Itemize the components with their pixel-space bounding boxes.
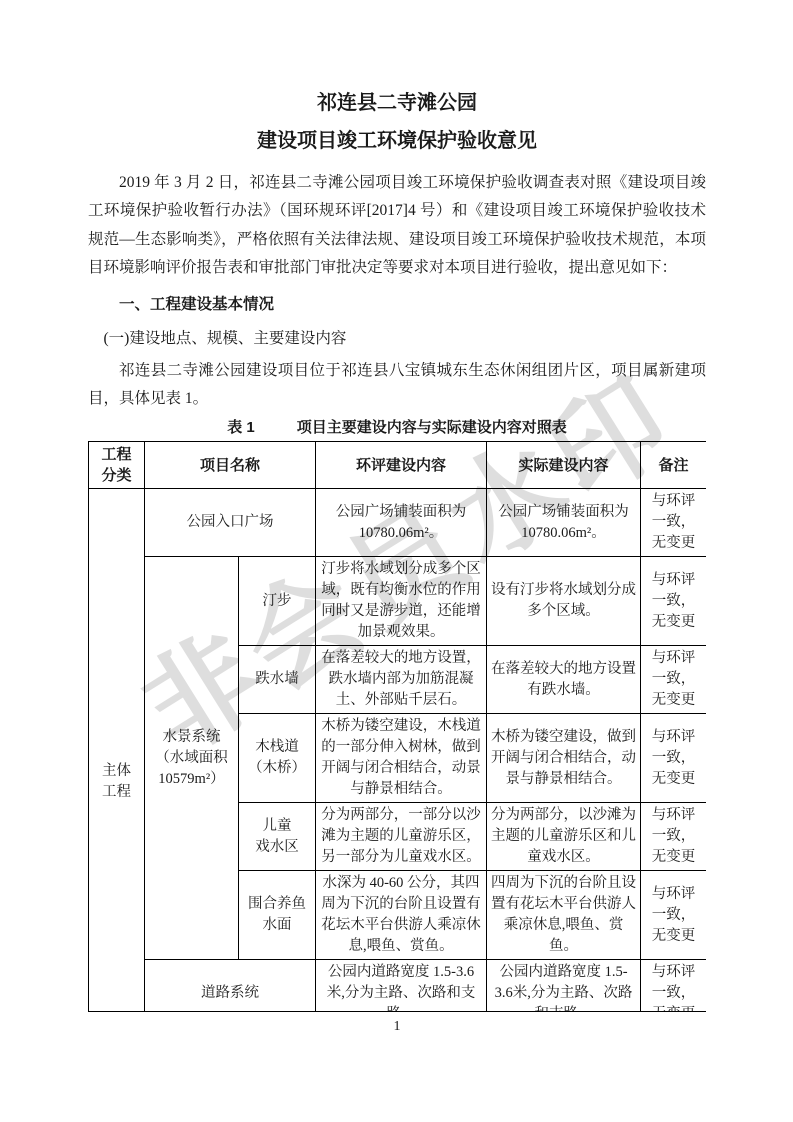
cell-actual-enclosed-fish-pond: 四周为下沉的台阶且设置有花坛木平台供游人乘凉休息,喂鱼、赏鱼。 [487, 871, 641, 960]
document-page: 非会员水印 祁连县二寺滩公园 建设项目竣工环境保护验收意见 2019 年 3 月… [0, 0, 793, 1122]
table-page-clip: 工程 分类 项目名称 环评建设内容 实际建设内容 备注 主体 工程 公园入口广场… [88, 441, 706, 1012]
header-remark: 备注 [641, 442, 706, 489]
cell-name-boardwalk: 木栈道 （木桥） [239, 714, 316, 803]
table-row: 主体 工程 公园入口广场 公园广场铺装面积为10780.06m²。 公园广场铺装… [89, 489, 707, 557]
cell-eia-road-system: 公园内道路宽度 1.5-3.6 米,分为主路、次路和支路。 [316, 960, 487, 1013]
table-caption-label: 表 1 [227, 417, 255, 438]
cell-actual-stepping-stones: 设有汀步将水域划分成多个区域。 [487, 557, 641, 646]
cell-note-stepping-stones: 与环评一致，无变更 [641, 557, 706, 646]
cell-name-stepping-stones: 汀步 [239, 557, 316, 646]
cell-eia-entrance-plaza: 公园广场铺装面积为10780.06m²。 [316, 489, 487, 557]
cell-actual-entrance-plaza: 公园广场铺装面积为10780.06m²。 [487, 489, 641, 557]
cell-group-water-scene-system: 水景系统 （水域面积 10579m²） [145, 557, 239, 960]
cell-actual-road-system: 公园内道路宽度 1.5-3.6米,分为主路、次路和支路。 [487, 960, 641, 1013]
cell-name-water-drop-wall: 跌水墙 [239, 646, 316, 714]
cell-eia-water-drop-wall: 在落差较大的地方设置，跌水墙内部为加筋混凝土、外部贴千层石。 [316, 646, 487, 714]
cell-actual-water-drop-wall: 在落差较大的地方设置有跌水墙。 [487, 646, 641, 714]
cell-eia-boardwalk: 木桥为镂空建设，木栈道的一部分伸入树林，做到开阔与闭合相结合，动景与静景相结合。 [316, 714, 487, 803]
doc-title-line1: 祁连县二寺滩公园 [88, 90, 706, 116]
cell-name-enclosed-fish-pond: 围合养鱼 水面 [239, 871, 316, 960]
cell-eia-children-water-play-area: 分为两部分，一部分以沙滩为主题的儿童游乐区，另一部分为儿童戏水区。 [316, 803, 487, 871]
cell-eia-stepping-stones: 汀步将水域划分成多个区域，既有均衡水位的作用同时又是游步道，还能增加景观效果。 [316, 557, 487, 646]
table-row: 道路系统 公园内道路宽度 1.5-3.6 米,分为主路、次路和支路。 公园内道路… [89, 960, 707, 1013]
cell-name-entrance-plaza: 公园入口广场 [145, 489, 316, 557]
cell-category-main-works: 主体 工程 [89, 489, 145, 1013]
location-paragraph: 祁连县二寺滩公园建设项目位于祁连县八宝镇城东生态休闲组团片区，项目属新建项目，具… [88, 357, 706, 414]
cell-note-road-system: 与环评一致，无变更 [641, 960, 706, 1013]
cell-name-road-system: 道路系统 [145, 960, 316, 1013]
cell-name-children-water-play-area: 儿童 戏水区 [239, 803, 316, 871]
table-row: 水景系统 （水域面积 10579m²） 汀步 汀步将水域划分成多个区域，既有均衡… [89, 557, 707, 646]
header-eia-content: 环评建设内容 [316, 442, 487, 489]
table-caption: 表 1 项目主要建设内容与实际建设内容对照表 [88, 417, 706, 438]
cell-note-water-drop-wall: 与环评一致，无变更 [641, 646, 706, 714]
page-number: 1 [88, 1017, 706, 1037]
doc-title-line2: 建设项目竣工环境保护验收意见 [88, 128, 706, 154]
cell-actual-children-water-play-area: 分为两部分，以沙滩为主题的儿童游乐区和儿童戏水区。 [487, 803, 641, 871]
table-header-row: 工程 分类 项目名称 环评建设内容 实际建设内容 备注 [89, 442, 707, 489]
header-project-category: 工程 分类 [89, 442, 145, 489]
cell-note-enclosed-fish-pond: 与环评一致，无变更 [641, 871, 706, 960]
cell-note-boardwalk: 与环评一致，无变更 [641, 714, 706, 803]
cell-note-children-water-play-area: 与环评一致，无变更 [641, 803, 706, 871]
intro-paragraph: 2019 年 3 月 2 日，祁连县二寺滩公园项目竣工环境保护验收调查表对照《建… [88, 169, 706, 283]
subsection-heading: (一)建设地点、规模、主要建设内容 [88, 325, 706, 353]
table-caption-title: 项目主要建设内容与实际建设内容对照表 [297, 417, 567, 438]
comparison-table: 工程 分类 项目名称 环评建设内容 实际建设内容 备注 主体 工程 公园入口广场… [88, 441, 706, 1012]
header-project-name: 项目名称 [145, 442, 316, 489]
cell-eia-enclosed-fish-pond: 水深为 40-60 公分，其四周为下沉的台阶且设置有花坛木平台供游人乘凉休息,喂… [316, 871, 487, 960]
cell-actual-boardwalk: 木桥为镂空建设，做到开阔与闭合相结合，动景与静景相结合。 [487, 714, 641, 803]
cell-note-entrance-plaza: 与环评一致，无变更 [641, 489, 706, 557]
section-heading: 一、工程建设基本情况 [88, 291, 706, 319]
document-content: 祁连县二寺滩公园 建设项目竣工环境保护验收意见 2019 年 3 月 2 日，祁… [88, 0, 706, 1037]
header-actual-content: 实际建设内容 [487, 442, 641, 489]
